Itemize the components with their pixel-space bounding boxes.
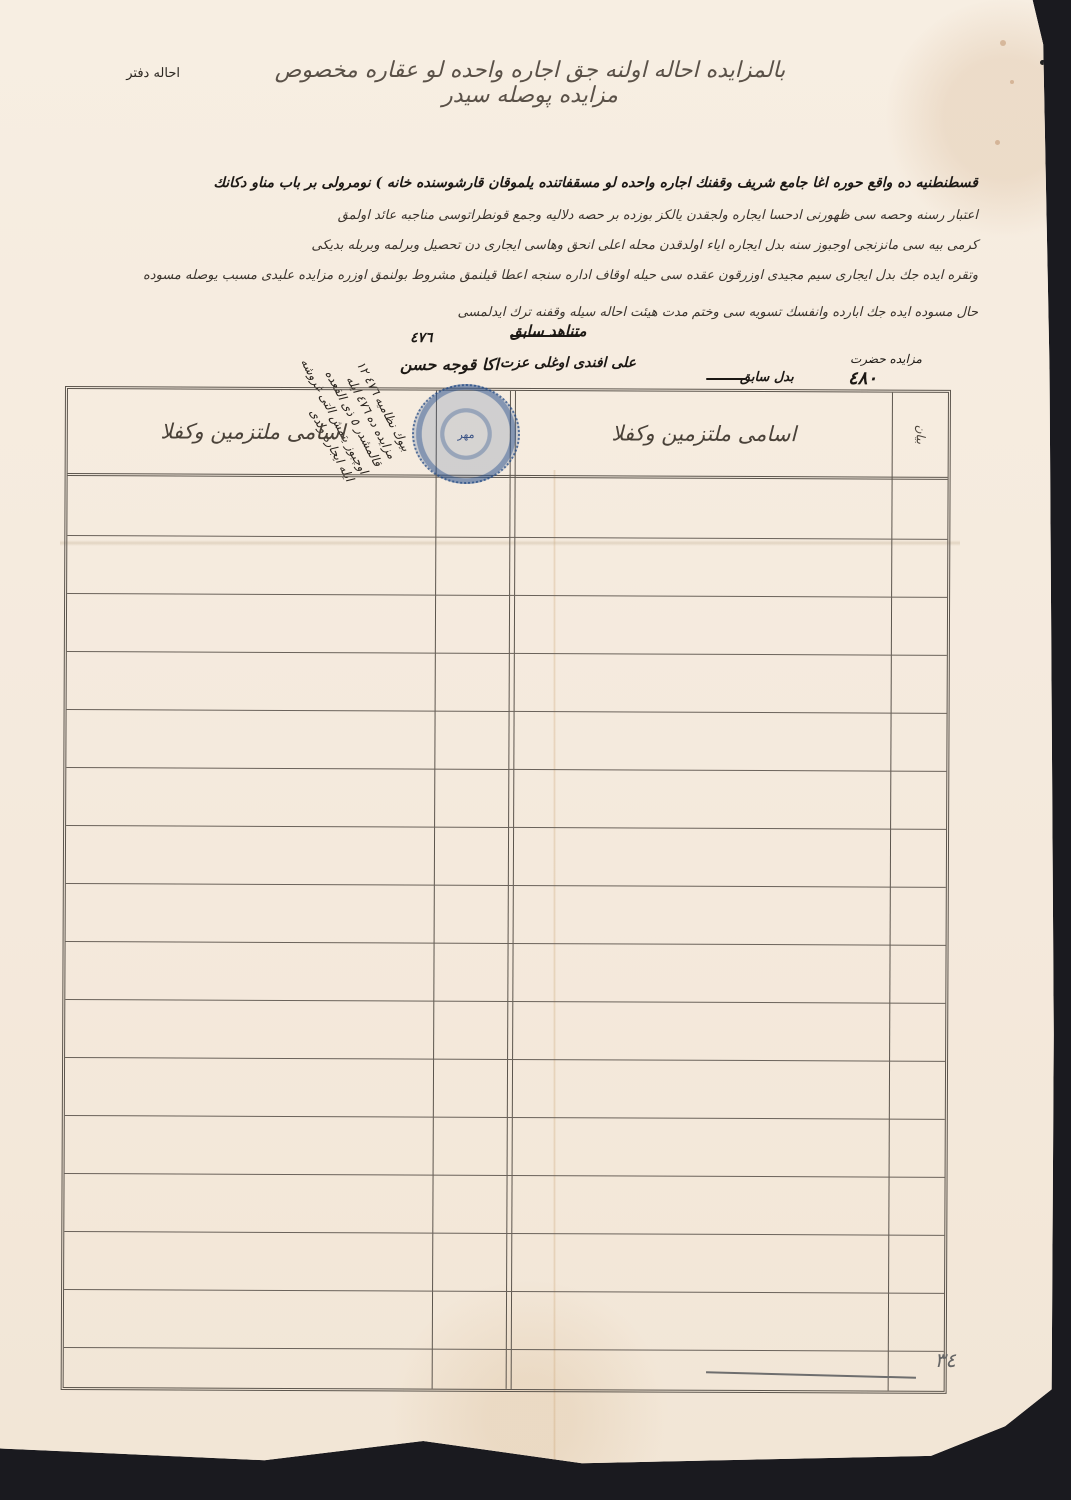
row-divider: [65, 1173, 945, 1178]
column-divider: [432, 391, 437, 1389]
seal-text: مهر: [457, 428, 474, 441]
row-divider: [65, 1057, 945, 1062]
current-bid-label: مزایده حضرت: [850, 352, 922, 366]
row-divider: [66, 941, 946, 946]
row-divider: [67, 535, 947, 540]
body-line-2: اعتبار رسنه وحصه سی ظهورنی ادحسا ایجاره …: [338, 208, 978, 223]
witness-value: علی افندی اوغلی عزت: [500, 355, 636, 371]
previous-amount-label: بدل سابق: [740, 370, 794, 385]
column-divider: [888, 393, 893, 1391]
document-page: احاله دفتر بالمزایده احاله اولنه جق اجار…: [0, 0, 1058, 1478]
row-divider: [66, 767, 946, 772]
printed-title: بالمزایده احاله اولنه جق اجاره واحده لو …: [250, 58, 810, 108]
bidder-name: اکا قوجه حسن: [400, 355, 499, 374]
note-number: ٤٧٦: [410, 330, 433, 346]
signature-rule: [510, 335, 580, 337]
header-description: بیان: [914, 425, 928, 444]
row-divider: [67, 651, 947, 656]
header-names-right: اسامی ملتزمین وکفلا: [514, 391, 894, 477]
stain-speck: [1000, 40, 1006, 46]
row-divider: [66, 825, 946, 830]
reference-note: احاله دفتر: [110, 66, 180, 81]
body-line-1: قسطنطنیه ده واقع حوره اغا جامع شریف وقفن…: [213, 175, 978, 191]
column-divider-double: [506, 391, 516, 1389]
row-divider: [65, 1115, 945, 1120]
body-line-5: حال مسوده ایده جك ابارده وانفسك تسویه سی…: [457, 305, 978, 320]
previous-amount-value: ٤٨٠: [848, 368, 877, 389]
row-divider: [66, 883, 946, 888]
amount-rule: [706, 378, 746, 380]
body-line-3: کرمی بیه سی مانزنجی اوجبوز سنه بدل ایجار…: [311, 238, 978, 253]
official-seal-stamp: مهر: [412, 384, 520, 484]
witness-label: متناهد سابق: [510, 322, 587, 340]
auction-table: اسامی ملتزمین وکفلا اسامی ملتزمین وکفلا …: [61, 386, 951, 1394]
stain-speck: [1010, 80, 1014, 84]
header-names-left: اسامی ملتزمین وکفلا: [68, 389, 438, 475]
row-divider: [67, 593, 947, 598]
row-divider: [67, 709, 947, 714]
stain-speck: [995, 140, 1000, 145]
row-divider: [64, 1289, 944, 1294]
row-divider: [65, 999, 945, 1004]
ink-dot: [1040, 60, 1045, 65]
row-divider: [64, 1231, 944, 1236]
